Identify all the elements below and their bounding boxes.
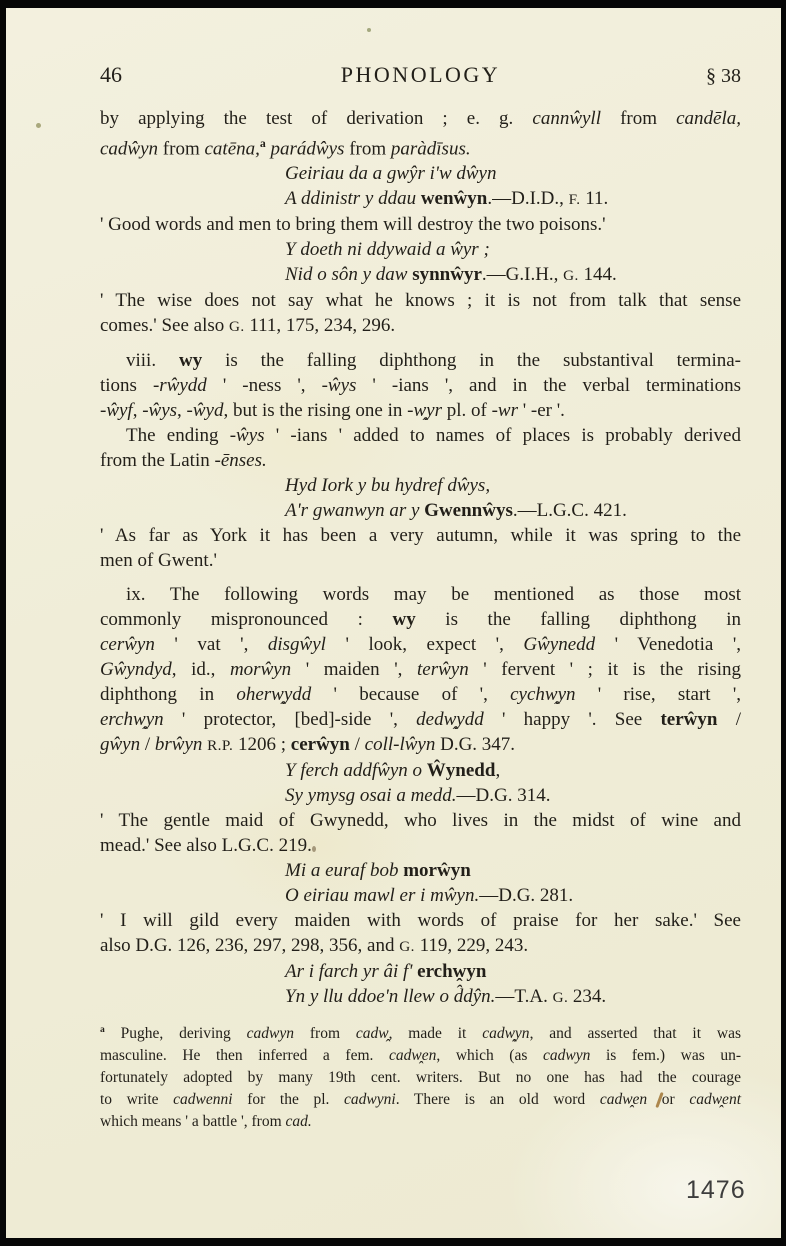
page-header: 46 PHONOLOGY § 38 — [100, 62, 741, 89]
verse-block: Y ferch addfŵyn o Ŵynedd,Sy ymysg osai a… — [285, 758, 741, 808]
text-line: The ending -ŵys ' -ians ' added to names… — [100, 423, 741, 448]
paper-speck — [36, 123, 41, 128]
text-line: men of Gwent.' — [100, 548, 741, 573]
text-line: to write cadwenni for the pl. cadwyni. T… — [100, 1089, 741, 1111]
trans-block: ' As far as York it has been a very autu… — [100, 523, 741, 573]
trans-block: ' I will gild every maiden with words of… — [100, 908, 741, 959]
text-line: Ar i farch yr âi f' erchw̭yn — [285, 959, 741, 984]
text-line: Mi a euraf bob morŵyn — [285, 858, 741, 883]
text-line: ' Good words and men to bring them will … — [100, 212, 741, 237]
paper-speck — [367, 28, 371, 32]
text-line: diphthong in oherw̭ydd ' because of ', c… — [100, 682, 741, 707]
text-line: -ŵyf, -ŵys, -ŵyd, but is the rising one … — [100, 398, 741, 423]
text-line: ix. The following words may be mentioned… — [100, 582, 741, 607]
text-line: ' The gentle maid of Gwynedd, who lives … — [100, 808, 741, 833]
text-line: ' The wise does not say what he knows ; … — [100, 288, 741, 313]
verse-block: Y doeth ni ddywaid a ŵyr ;Nid o sôn y da… — [285, 237, 741, 288]
para-block: ix. The following words may be mentioned… — [100, 582, 741, 758]
trans-block: ' The wise does not say what he knows ; … — [100, 288, 741, 339]
text-line: ' As far as York it has been a very autu… — [100, 523, 741, 548]
text-line: Y ferch addfŵyn o Ŵynedd, — [285, 758, 741, 783]
text-line: A ddinistr y ddau wenŵyn.—D.I.D., F. 11. — [285, 186, 741, 212]
verse-block: Ar i farch yr âi f' erchw̭ynYn y llu ddo… — [285, 959, 741, 1010]
text-line: from the Latin -ēnses. — [100, 448, 741, 473]
paper-speck — [312, 846, 316, 852]
para-block: by applying the test of derivation ; e. … — [100, 106, 741, 161]
text-line: viii. wy is the falling diphthong in the… — [100, 348, 741, 373]
page-body: by applying the test of derivation ; e. … — [100, 106, 741, 1133]
text-line: Yn y llu ddoe'n llew o d̂dŷn.—T.A. G. 23… — [285, 984, 741, 1010]
trans-block: ' The gentle maid of Gwynedd, who lives … — [100, 808, 741, 858]
text-line: cerŵyn ' vat ', disgŵyl ' look, expect '… — [100, 632, 741, 657]
text-line: erchw̭yn ' protector, [bed]-side ', dedw… — [100, 707, 741, 732]
digitization-stamp: 1476 — [686, 1176, 746, 1205]
footnote-block: a Pughe, deriving cadwyn from cadw̭, mad… — [100, 1019, 741, 1133]
book-page: 46 PHONOLOGY § 38 by applying the test o… — [6, 8, 781, 1238]
text-line: also D.G. 126, 236, 297, 298, 356, and G… — [100, 933, 741, 959]
text-line: Geiriau da a gwŷr i'w dŵyn — [285, 161, 741, 186]
page-number: 46 — [100, 62, 190, 88]
text-line: a Pughe, deriving cadwyn from cadw̭, mad… — [100, 1019, 741, 1045]
section-number: § 38 — [651, 63, 741, 89]
running-title: PHONOLOGY — [190, 62, 651, 88]
text-line: masculine. He then inferred a fem. cadw̭… — [100, 1045, 741, 1067]
text-line: mead.' See also L.G.C. 219. — [100, 833, 741, 858]
verse-block: Mi a euraf bob morŵynO eiriau mawl er i … — [285, 858, 741, 908]
text-line: Nid o sôn y daw synnŵyr.—G.I.H., G. 144. — [285, 262, 741, 288]
text-line: tions -rŵydd ' -ness ', -ŵys ' -ians ', … — [100, 373, 741, 398]
text-line: O eiriau mawl er i mŵyn.—D.G. 281. — [285, 883, 741, 908]
text-line: Hyd Iork y bu hydref dŵys, — [285, 473, 741, 498]
trans-block: ' Good words and men to bring them will … — [100, 212, 741, 237]
text-line: comes.' See also G. 111, 175, 234, 296. — [100, 313, 741, 339]
text-line: A'r gwanwyn ar y Gwennŵys.—L.G.C. 421. — [285, 498, 741, 523]
text-line: Gŵyndyd, id., morŵyn ' maiden ', terŵyn … — [100, 657, 741, 682]
verse-block: Geiriau da a gwŷr i'w dŵynA ddinistr y d… — [285, 161, 741, 212]
verse-block: Hyd Iork y bu hydref dŵys,A'r gwanwyn ar… — [285, 473, 741, 523]
text-line: cadŵyn from catēna,a parádŵys from paràd… — [100, 131, 741, 161]
text-line: which means ' a battle ', from cad. — [100, 1111, 741, 1133]
text-line: commonly mispronounced : wy is the falli… — [100, 607, 741, 632]
text-line: Sy ymysg osai a medd.—D.G. 314. — [285, 783, 741, 808]
para-block: viii. wy is the falling diphthong in the… — [100, 348, 741, 423]
para-block: The ending -ŵys ' -ians ' added to names… — [100, 423, 741, 473]
text-line: fortunately adopted by many 19th cent. w… — [100, 1067, 741, 1089]
text-line: ' I will gild every maiden with words of… — [100, 908, 741, 933]
text-line: gŵyn / brŵyn R.P. 1206 ; cerŵyn / coll-l… — [100, 732, 741, 758]
text-line: by applying the test of derivation ; e. … — [100, 106, 741, 131]
text-line: Y doeth ni ddywaid a ŵyr ; — [285, 237, 741, 262]
